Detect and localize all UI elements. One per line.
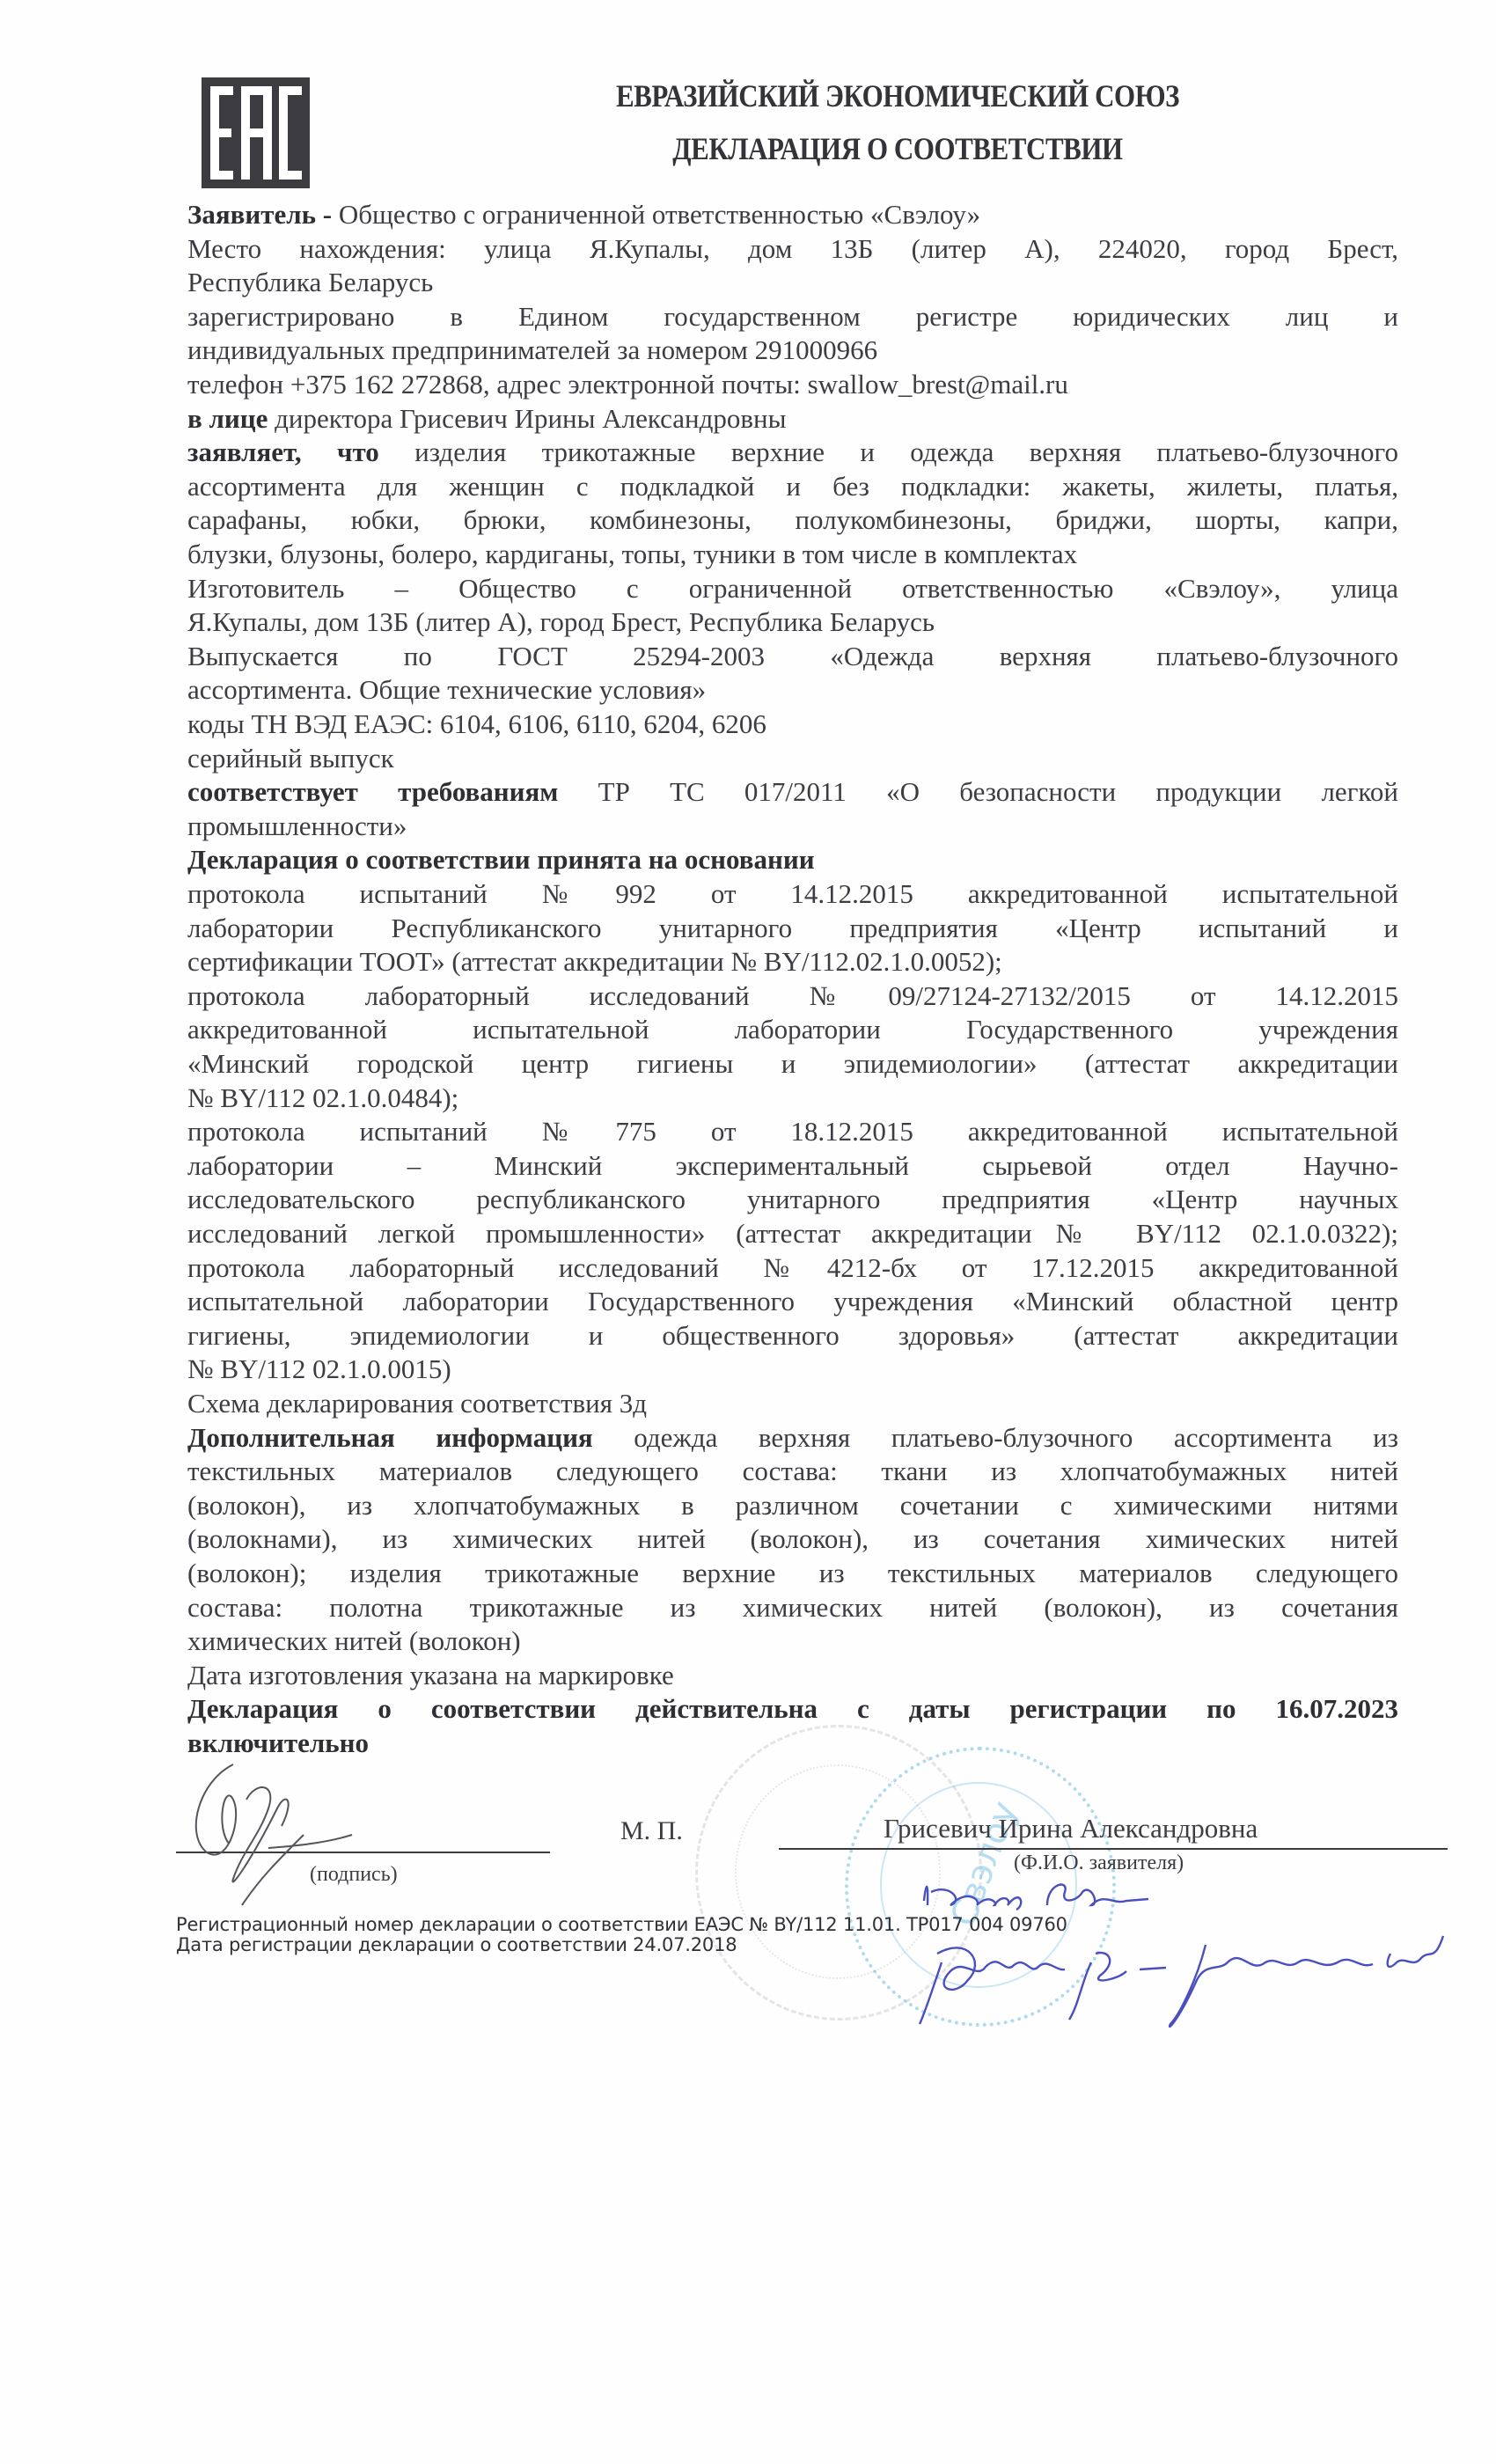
body-line-text: Схема декларирования соответствия 3д [187, 1388, 647, 1419]
body-line-text: серийный выпуск [187, 743, 394, 774]
body-line-text: ассортимента для женщин с подкладкой и б… [187, 471, 1398, 502]
body-line: Выпускается по ГОСТ 25294-2003 «Одежда в… [187, 641, 1398, 672]
body-line-text: промышленности» [187, 810, 407, 841]
body-line-text: гигиены, эпидемиологии и общественного з… [187, 1320, 1398, 1351]
body-line-text: Общество с ограниченной ответственностью… [332, 199, 980, 230]
body-line: индивидуальных предпринимателей за номер… [187, 334, 1398, 366]
applicant-name: Грисевич Ирина Александровна [884, 1813, 1258, 1844]
body-line: телефон +375 162 272868, адрес электронн… [187, 369, 1398, 400]
body-line-text: протокола лабораторный исследований №421… [187, 1252, 1398, 1283]
director-signature-icon [180, 1747, 383, 1914]
body-line-text: телефон +375 162 272868, адрес электронн… [187, 369, 1068, 400]
body-line-text: сарафаны, юбки, брюки, комбинезоны, полу… [187, 504, 1398, 535]
registration-date: Дата регистрации декларации о соответств… [176, 1934, 737, 1955]
body-line-text: (волокнами), из химических нитей (волоко… [187, 1523, 1398, 1554]
body-line: Декларация о соответствии действительна … [187, 1693, 1398, 1725]
body-line: Изготовитель – Общество с ограниченной о… [187, 573, 1398, 605]
body-line-text: протокола лабораторный исследований №09/… [187, 980, 1398, 1011]
body-line-text: ТР ТС 017/2011 «О безопасности продукции… [558, 776, 1398, 807]
body-line: Дата изготовления указана на маркировке [187, 1660, 1398, 1691]
body-line-text: ассортимента. Общие технические условия» [187, 674, 706, 705]
body-line: Дополнительная информация одежда верхняя… [187, 1422, 1398, 1454]
body-line-text: исследований легкой промышленности» (атт… [187, 1218, 1398, 1249]
body-line: коды ТН ВЭД ЕАЭС: 6104, 6106, 6110, 6204… [187, 708, 1398, 740]
body-line-bold: заявляет, что [187, 436, 379, 467]
body-line-text: одежда верхняя платьево-блузочного ассор… [593, 1422, 1398, 1453]
body-line-text: протокола испытаний №775 от 18.12.2015 а… [187, 1116, 1398, 1147]
body-line: Схема декларирования соответствия 3д [187, 1388, 1398, 1419]
body-line: протокола испытаний №992 от 14.12.2015 а… [187, 878, 1398, 910]
body-line-text: индивидуальных предпринимателей за номер… [187, 334, 877, 365]
body-line: (волокон); изделия трикотажные верхние и… [187, 1558, 1398, 1589]
body-line-text: блузки, блузоны, болеро, кардиганы, топы… [187, 539, 1077, 569]
body-line-text: текстильных материалов следующего состав… [187, 1456, 1398, 1486]
body-line: Место нахождения: улица Я.Купалы, дом 13… [187, 233, 1398, 265]
body-line-text: (волокон), из хлопчатобумажных в различн… [187, 1490, 1398, 1521]
body-line: гигиены, эпидемиологии и общественного з… [187, 1320, 1398, 1352]
seal-label: М. П. [620, 1816, 683, 1846]
body-line-text: испытательной лаборатории Государственно… [187, 1286, 1398, 1316]
body-line: исследовательского республиканского унит… [187, 1184, 1398, 1215]
declaration-page: ЕВРАЗИЙСКИЙ ЭКОНОМИЧЕСКИЙ СОЮЗ ДЕКЛАРАЦИ… [0, 0, 1496, 2464]
body-line: промышленности» [187, 810, 1398, 842]
body-line-bold: Декларация о соответствии принята на осн… [187, 844, 815, 875]
body-line-text: Выпускается по ГОСТ 25294-2003 «Одежда в… [187, 641, 1398, 671]
union-title: ЕВРАЗИЙСКИЙ ЭКОНОМИЧЕСКИЙ СОЮЗ [126, 77, 1412, 114]
body-line-text: химических нитей (волокон) [187, 1625, 521, 1656]
body-line: блузки, блузоны, болеро, кардиганы, топы… [187, 539, 1398, 570]
name-line [779, 1848, 1448, 1850]
body-line: ассортимента. Общие технические условия» [187, 674, 1398, 706]
body-line-text: аккредитованной испытательной лаборатори… [187, 1014, 1398, 1045]
body-line-text: директора Грисевич Ирины Александровны [268, 403, 786, 434]
body-line-bold: Заявитель - [187, 199, 332, 230]
body-line-bold: соответствует требованиям [187, 776, 558, 807]
body-line: аккредитованной испытательной лаборатори… [187, 1014, 1398, 1045]
body-line: Заявитель - Общество с ограниченной отве… [187, 199, 1398, 231]
body-line-text: лаборатории Республиканского унитарного … [187, 913, 1398, 943]
body-line: соответствует требованиям ТР ТС 017/2011… [187, 776, 1398, 808]
body-line: протокола лабораторный исследований №09/… [187, 980, 1398, 1012]
body-line-text: Изготовитель – Общество с ограниченной о… [187, 573, 1398, 604]
body-line: (волокнами), из химических нитей (волоко… [187, 1523, 1398, 1555]
body-line: испытательной лаборатории Государственно… [187, 1286, 1398, 1317]
body-line-bold: Декларация о соответствии действительна … [187, 1693, 1398, 1724]
body-line: заявляет, что изделия трикотажные верхни… [187, 436, 1398, 468]
body-line-text: изделия трикотажные верхние и одежда вер… [379, 436, 1398, 467]
body-line: зарегистрировано в Едином государственно… [187, 301, 1398, 333]
body-line: протокола испытаний №775 от 18.12.2015 а… [187, 1116, 1398, 1148]
body-line-text: сертификации ТООТ» (аттестат аккредитаци… [187, 946, 1002, 977]
body-line: № BY/112 02.1.0.0015) [187, 1353, 1398, 1385]
body-line: в лице директора Грисевич Ирины Александ… [187, 403, 1398, 435]
body-line-text: Я.Купалы, дом 13Б (литер А), город Брест… [187, 606, 935, 637]
body-line-text: исследовательского республиканского унит… [187, 1184, 1398, 1214]
body-line-text: № BY/112 02.1.0.0484); [187, 1082, 458, 1113]
body-line: серийный выпуск [187, 743, 1398, 774]
body-line-bold: Дополнительная информация [187, 1422, 593, 1453]
registration-number: Регистрационный номер декларации о соотв… [176, 1914, 1067, 1935]
body-line: Декларация о соответствии принята на осн… [187, 844, 1398, 876]
body-line-text: Республика Беларусь [187, 267, 433, 297]
body-line-text: Место нахождения: улица Я.Купалы, дом 13… [187, 233, 1398, 264]
body-line: химических нитей (волокон) [187, 1625, 1398, 1657]
body-line-text: состава: полотна трикотажные из химическ… [187, 1592, 1398, 1623]
body-line-text: № BY/112 02.1.0.0015) [187, 1353, 451, 1384]
body-line: (волокон), из хлопчатобумажных в различн… [187, 1490, 1398, 1522]
body-line-text: коды ТН ВЭД ЕАЭС: 6104, 6106, 6110, 6204… [187, 708, 766, 739]
body-line: сарафаны, юбки, брюки, комбинезоны, полу… [187, 504, 1398, 536]
body-line: № BY/112 02.1.0.0484); [187, 1082, 1398, 1114]
body-line-text: протокола испытаний №992 от 14.12.2015 а… [187, 878, 1398, 909]
body-line: Республика Беларусь [187, 267, 1398, 298]
declaration-title: ДЕКЛАРАЦИЯ О СООТВЕТСТВИИ [126, 130, 1412, 167]
certified-copy-handwriting-icon [915, 1866, 1470, 2042]
body-line: «Минский городской центр гигиены и эпиде… [187, 1048, 1398, 1080]
body-line-text: зарегистрировано в Едином государственно… [187, 301, 1398, 332]
body-line-text: «Минский городской центр гигиены и эпиде… [187, 1048, 1398, 1079]
body-line: лаборатории – Минский экспериментальный … [187, 1150, 1398, 1182]
body-line-text: (волокон); изделия трикотажные верхние и… [187, 1558, 1398, 1588]
body-line: Я.Купалы, дом 13Б (литер А), город Брест… [187, 606, 1398, 638]
body-line: сертификации ТООТ» (аттестат аккредитаци… [187, 946, 1398, 978]
body-line: исследований легкой промышленности» (атт… [187, 1218, 1398, 1250]
body-line: текстильных материалов следующего состав… [187, 1456, 1398, 1487]
body-line: состава: полотна трикотажные из химическ… [187, 1592, 1398, 1624]
body-line: протокола лабораторный исследований №421… [187, 1252, 1398, 1284]
body-line-text: Дата изготовления указана на маркировке [187, 1660, 674, 1690]
body-line: ассортимента для женщин с подкладкой и б… [187, 471, 1398, 502]
body-line-text: лаборатории – Минский экспериментальный … [187, 1150, 1398, 1181]
body-line-bold: в лице [187, 403, 268, 434]
body-line: лаборатории Республиканского унитарного … [187, 913, 1398, 944]
